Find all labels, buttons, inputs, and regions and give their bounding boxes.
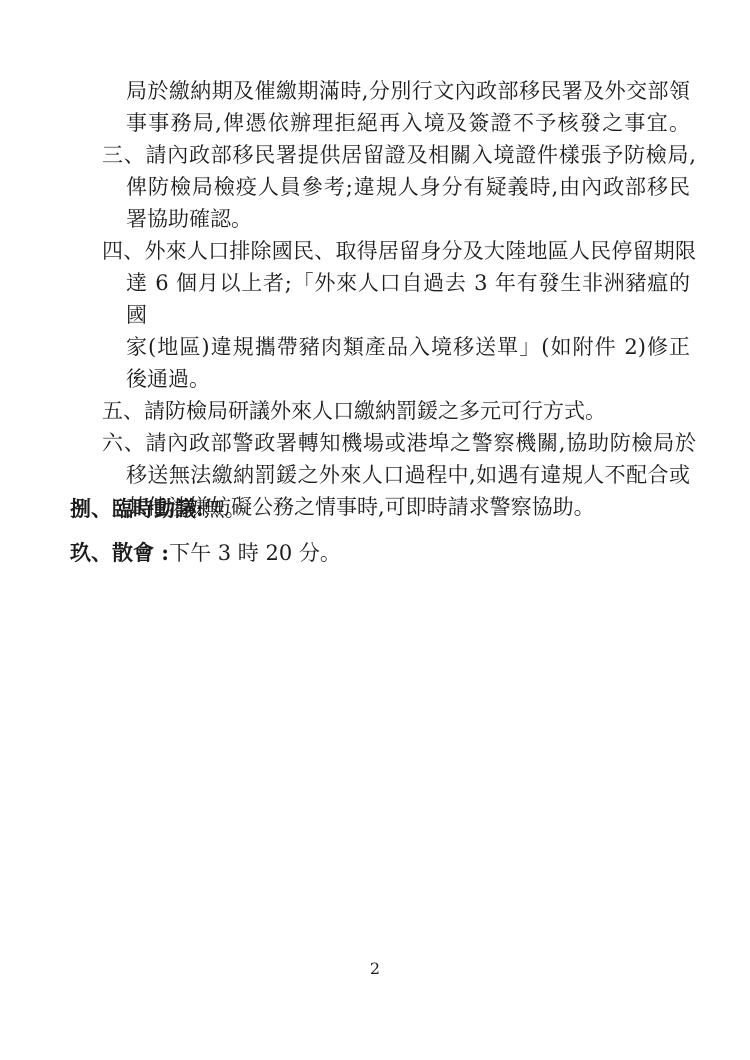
page-number: 2: [0, 957, 750, 981]
body-line: 局於繳納期及催繳期滿時,分別行文內政部移民署及外交部領: [126, 75, 690, 107]
body-line: 家(地區)違規攜帶豬肉類產品入境移送單」(如附件 2)修正: [126, 331, 690, 363]
body-line-item-5: 五、請防檢局研議外來人口繳納罰鍰之多元可行方式。: [102, 395, 696, 427]
section-label: 玖、散會 :: [70, 540, 169, 565]
minutes-body: 局於繳納期及催繳期滿時,分別行文內政部移民署及外交部領 事事務局,俾憑依辦理拒絕…: [0, 75, 750, 523]
body-line: 移送無法繳納罰鍰之外來人口過程中,如遇有違規人不配合或: [126, 459, 690, 491]
document-page: 局於繳納期及催繳期滿時,分別行文內政部移民署及外交部領 事事務局,俾憑依辦理拒絕…: [0, 0, 750, 1060]
body-line-item-6: 六、請內政部警政署轉知機場或港埠之警察機關,協助防檢局於: [102, 427, 696, 459]
body-line: 後通過。: [126, 363, 690, 395]
body-line-item-3: 三、請內政部移民署提供居留證及相關入境證件樣張予防檢局,: [102, 139, 696, 171]
section-adjournment: 玖、散會 :下午 3 時 20 分。: [70, 537, 341, 569]
body-line-item-4: 四、外來人口排除國民、取得居留身分及大陸地區人民停留期限: [102, 235, 696, 267]
section-extempore-motions: 捌、臨時動議:無。: [70, 493, 246, 525]
section-label: 捌、臨時動議:: [70, 496, 204, 521]
body-line: 事事務局,俾憑依辦理拒絕再入境及簽證不予核發之事宜。: [126, 107, 690, 139]
body-line: 署協助確認。: [126, 203, 690, 235]
body-line: 俾防檢局檢疫人員參考;違規人身分有疑義時,由內政部移民: [126, 171, 690, 203]
section-value: 下午 3 時 20 分。: [169, 541, 341, 565]
body-line: 達 6 個月以上者;「外來人口自過去 3 年有發生非洲豬瘟的國: [126, 267, 690, 331]
section-value: 無。: [204, 497, 246, 521]
